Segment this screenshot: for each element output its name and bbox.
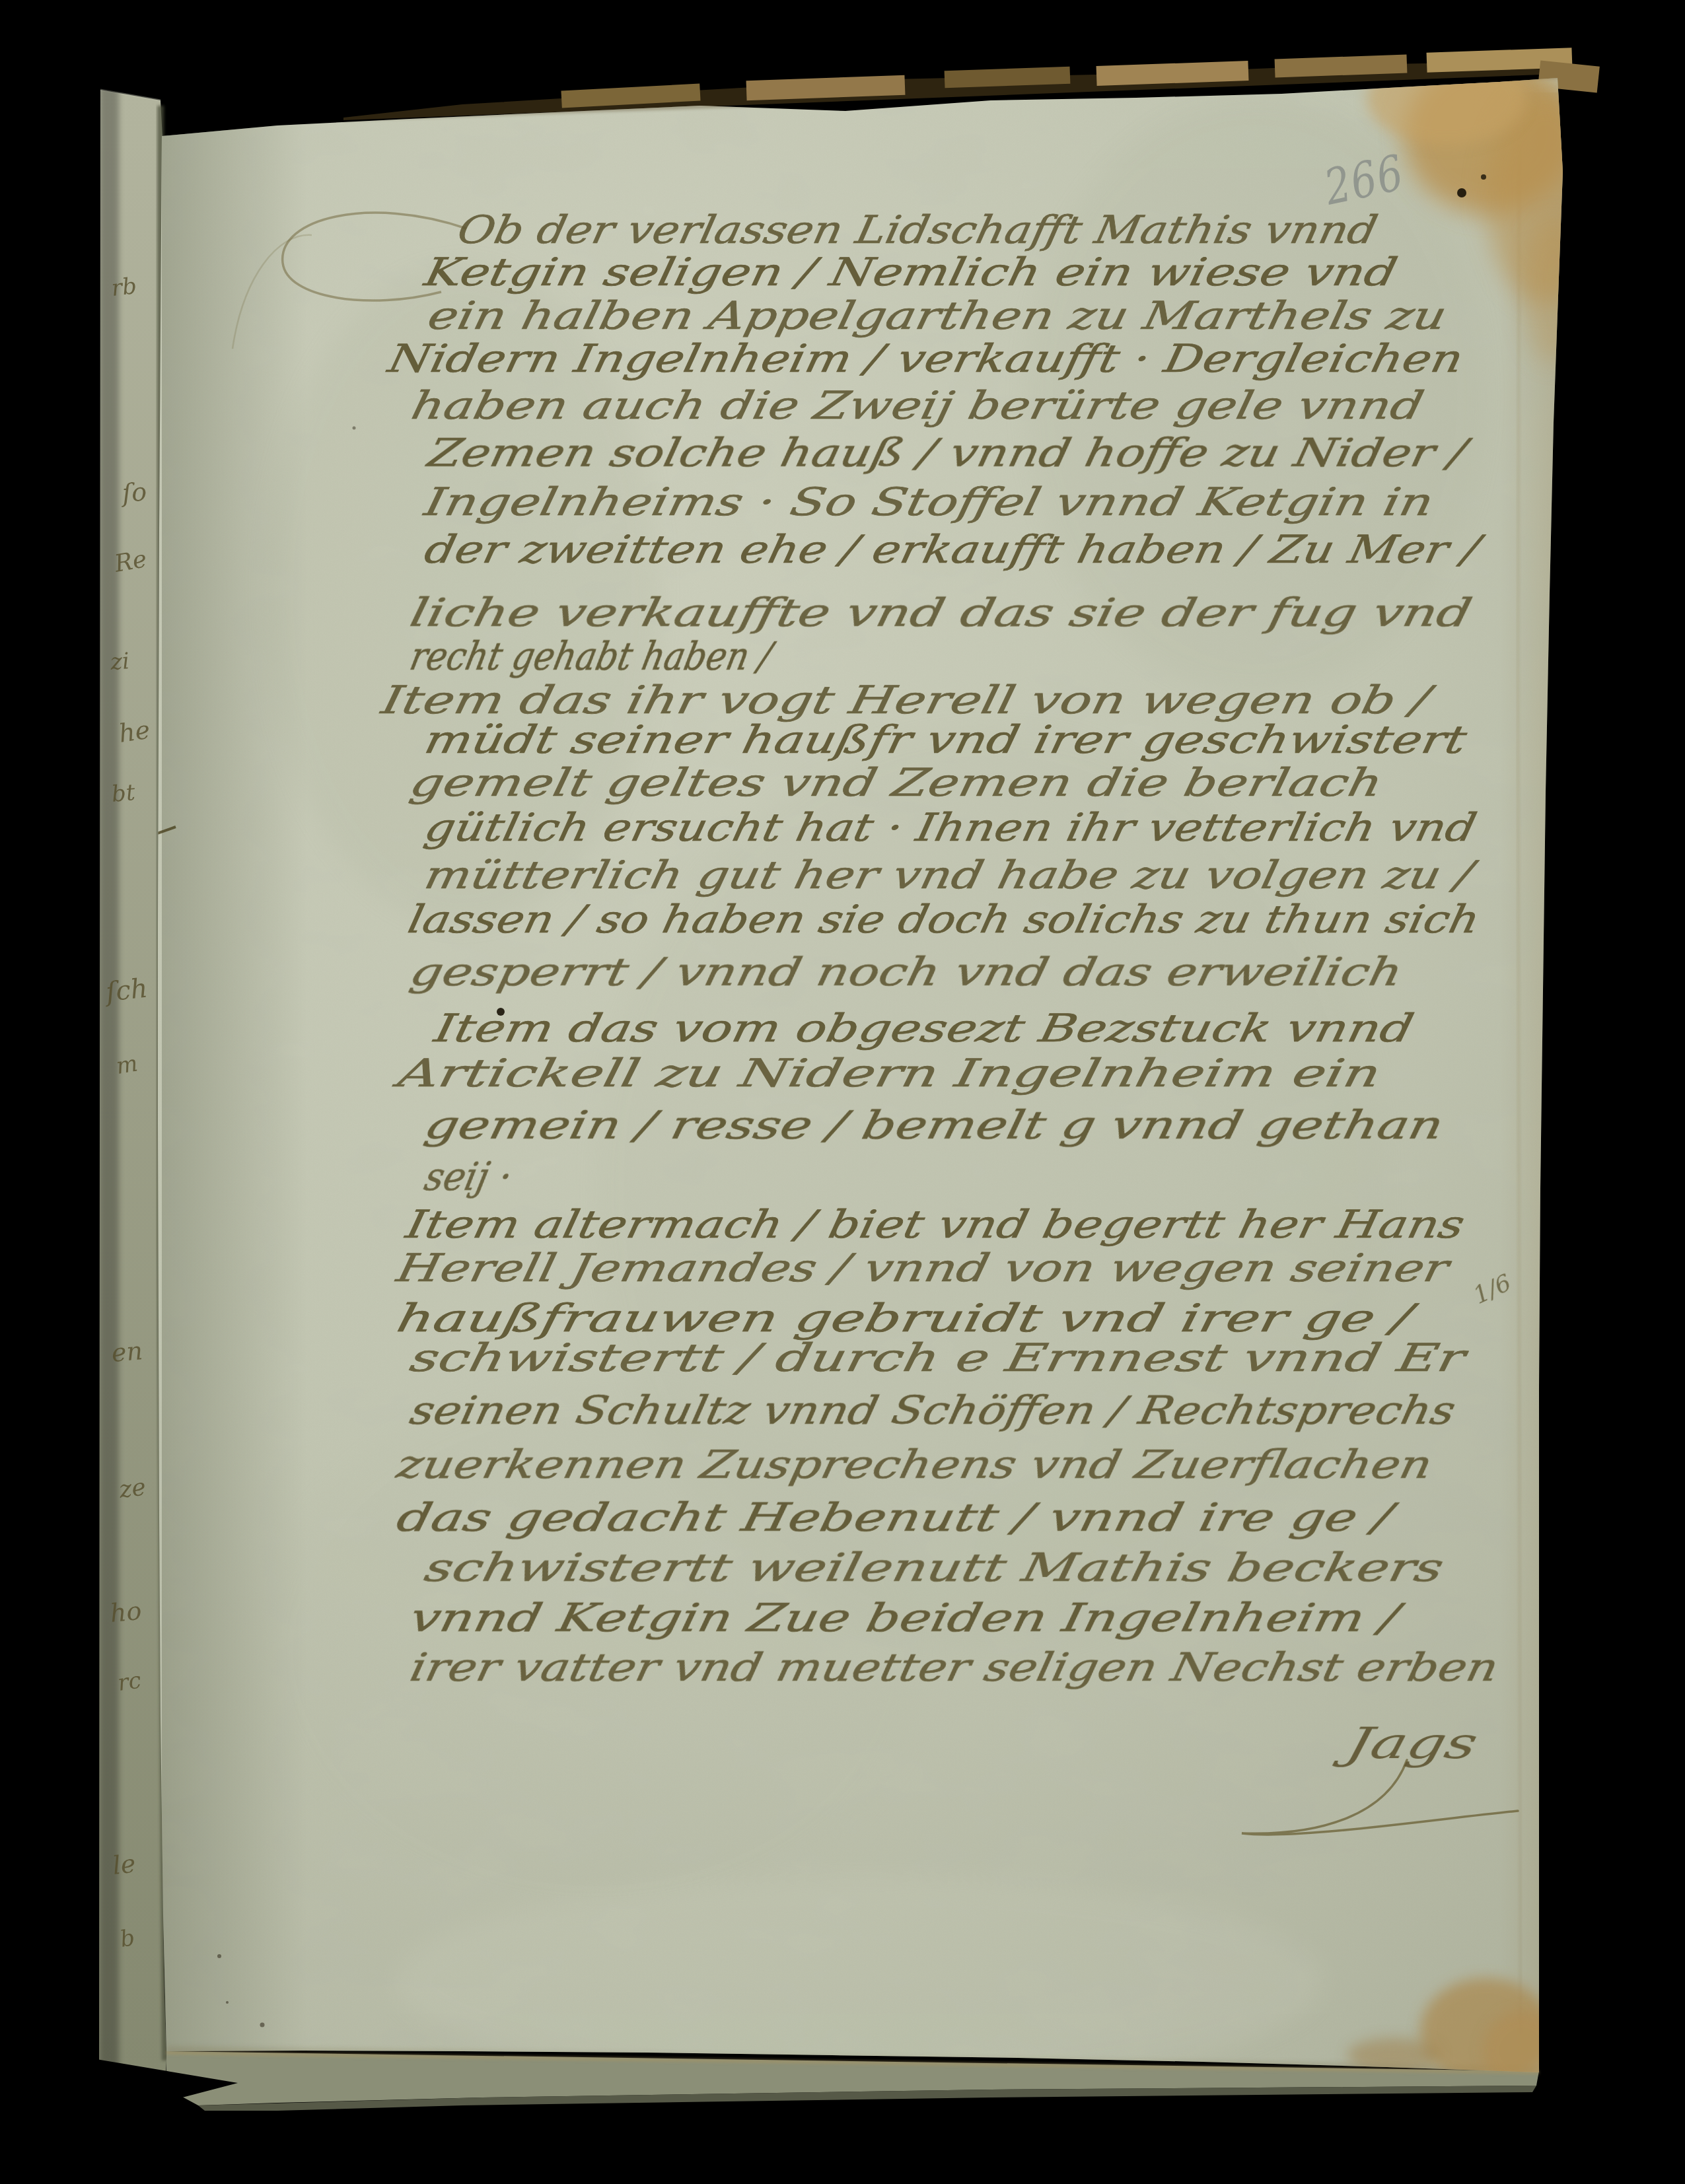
manuscript-line: Zemen solche hauß / vnnd hoffe zu Nider … xyxy=(423,431,1475,476)
manuscript-line: schwistertt weilenutt Mathis beckers xyxy=(421,1546,1447,1590)
manuscript-line: ein halben Appelgarthen zu Marthels zu xyxy=(424,294,1451,338)
margin-mark: rc xyxy=(116,1667,143,1697)
manuscript-line: gütlich ersucht hat · Ihnen ihr vetterli… xyxy=(421,806,1480,850)
manuscript-line: recht gehabt haben / xyxy=(406,635,779,679)
handwriting-block: Ob der verlassen Lidschafft Mathis vnnd … xyxy=(377,208,1516,1769)
manuscript-line: Item das vom obgesezt Bezstuck vnnd xyxy=(430,1006,1418,1051)
manuscript-scene: rb ſo Re zi he bt ſch m en ze ho rc le b xyxy=(0,0,1685,2184)
margin-mark: ſch xyxy=(102,973,149,1008)
manuscript-line: haußfrauwen gebruidt vnd irer ge / xyxy=(393,1296,1421,1341)
manuscript-line: schwistertt / durch e Ernnest vnnd Er xyxy=(406,1336,1472,1380)
manuscript-line: liche verkauffte vnd das sie der fug vnd xyxy=(406,591,1476,635)
manuscript-line: haben auch die Zweij berürte gele vnnd xyxy=(408,384,1427,428)
manuscript-line: Artickell zu Nidern Ingelnheim ein xyxy=(390,1051,1384,1096)
margin-mark: Re xyxy=(112,546,149,578)
margin-mark: he xyxy=(117,715,152,748)
manuscript-line: gemelt geltes vnd Zemen die berlach xyxy=(406,761,1386,805)
manuscript-line: Herell Jemandes / vnnd von wegen seiner xyxy=(392,1246,1455,1290)
previous-page-edge: rb ſo Re zi he bt ſch m en ze ho rc le b xyxy=(99,86,166,2120)
manuscript-line: vnnd Ketgin Zue beiden Ingelnheim / xyxy=(406,1596,1408,1640)
manuscript-line: irer vatter vnd muetter seligen Nechst e… xyxy=(406,1646,1502,1690)
margin-mark: m xyxy=(114,1050,139,1080)
manuscript-line: gemein / resse / bemelt g vnnd gethan xyxy=(421,1104,1447,1148)
speck xyxy=(260,2023,265,2027)
manuscript-line: der zweitten ehe / erkaufft haben / Zu M… xyxy=(421,528,1488,572)
edge-left-shadow xyxy=(99,86,119,2120)
margin-mark: bt xyxy=(110,779,136,808)
manuscript-line: Nidern Ingelnheim / verkaufft · Dergleic… xyxy=(383,337,1468,381)
manuscript-line: seij · xyxy=(421,1155,516,1199)
manuscript-photo: rb ſo Re zi he bt ſch m en ze ho rc le b xyxy=(0,0,1685,2184)
manuscript-line: Ketgin seligen / Nemlich ein wiese vnd xyxy=(420,250,1402,295)
margin-mark: ho xyxy=(109,1596,143,1628)
manuscript-line: seinen Schultz vnnd Schöffen / Rechtspre… xyxy=(406,1389,1459,1433)
manuscript-line: Item altermach / biet vnd begertt her Ha… xyxy=(402,1203,1469,1247)
speck xyxy=(353,427,356,430)
catchword: Jags xyxy=(1331,1718,1483,1769)
manuscript-line: müdt seiner haußfr vnd irer geschwistert xyxy=(421,718,1471,762)
wormhole-dot xyxy=(1457,188,1466,197)
margin-mark: ſo xyxy=(120,477,148,509)
manuscript-line: Item das ihr vogt Herell von wegen ob / xyxy=(377,678,1439,722)
margin-mark: le xyxy=(111,1849,137,1880)
margin-mark: rb xyxy=(110,273,138,302)
margin-mark: zi xyxy=(109,648,131,676)
manuscript-line: lassen / so haben sie doch solichs zu th… xyxy=(404,898,1484,942)
margin-mark: ze xyxy=(117,1473,147,1504)
speck xyxy=(226,2001,229,2004)
manuscript-line: Ob der verlassen Lidschafft Mathis vnnd xyxy=(454,208,1381,252)
wormhole-dot xyxy=(1481,174,1486,180)
speck xyxy=(217,1954,221,1958)
manuscript-line: mütterlich gut her vnd habe zu volgen zu… xyxy=(421,853,1482,898)
manuscript-line: gesperrt / vnnd noch vnd das erweilich xyxy=(406,950,1406,995)
manuscript-line: Ingelnheims · So Stoffel vnnd Ketgin in xyxy=(420,480,1438,524)
manuscript-line: zuerkennen Zusprechens vnd Zuerflachen xyxy=(392,1443,1437,1487)
manuscript-page: 266 Ob der verlassen Lidschafft Mathis v… xyxy=(157,53,1605,2090)
margin-mark: en xyxy=(110,1336,144,1368)
manuscript-line: das gedacht Hebenutt / vnnd ire ge / xyxy=(393,1496,1402,1540)
